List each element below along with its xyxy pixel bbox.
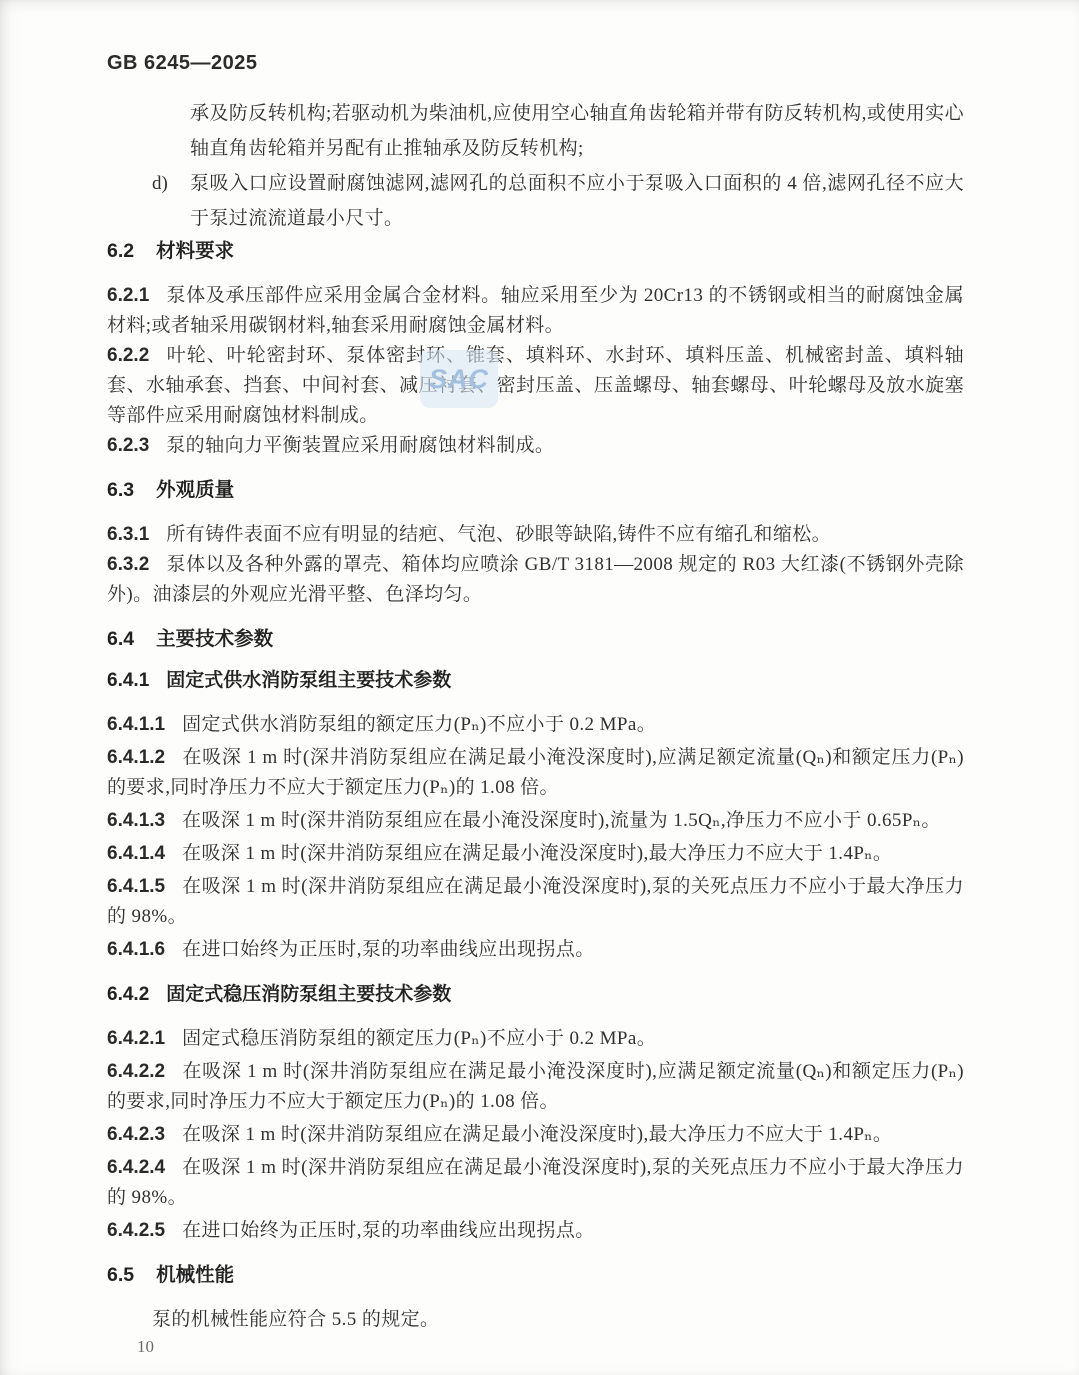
clause-6-4-1-1: 6.4.1.1固定式供水消防泵组的额定压力(Pₙ)不应小于 0.2 MPa。 [107,710,964,740]
clause-text: 在进口始终为正压时,泵的功率曲线应出现拐点。 [182,1220,595,1241]
list-item-d-text: 泵吸入口应设置耐腐蚀滤网,滤网孔的总面积不应小于泵吸入口面积的 4 倍,滤网孔径… [190,173,964,229]
clause-text: 固定式稳压消防泵组的额定压力(Pₙ)不应小于 0.2 MPa。 [182,1028,656,1049]
section-6-4-number: 6.4 [107,628,134,650]
subsection-6-4-1-number: 6.4.1 [107,670,149,691]
section-6-4: 6.4主要技术参数 6.4.1固定式供水消防泵组主要技术参数 6.4.1.1固定… [107,624,964,1246]
clause-number: 6.2.3 [107,435,149,456]
section-6-5: 6.5机械性能 泵的机械性能应符合 5.5 的规定。 [107,1260,964,1335]
clause-6-4-2-2: 6.4.2.2在吸深 1 m 时(深井消防泵组应在满足最小淹没深度时),应满足额… [107,1057,964,1117]
clause-text: 泵体及承压部件应采用金属合金材料。轴应采用至少为 20Cr13 的不锈钢或相当的… [107,285,964,336]
clause-number: 6.4.1.4 [107,843,165,864]
clause-number: 6.4.2.5 [107,1220,165,1241]
subsection-6-4-2-title: 固定式稳压消防泵组主要技术参数 [166,984,451,1005]
clause-text: 在吸深 1 m 时(深井消防泵组应在满足最小淹没深度时),泵的关死点压力不应小于… [107,876,964,927]
list-item-d: d)泵吸入口应设置耐腐蚀滤网,滤网孔的总面积不应小于泵吸入口面积的 4 倍,滤网… [190,166,964,236]
clause-6-4-1-2: 6.4.1.2在吸深 1 m 时(深井消防泵组应在满足最小淹没深度时),应满足额… [107,743,964,803]
clause-6-2-3: 6.2.3泵的轴向力平衡装置应采用耐腐蚀材料制成。 [107,431,964,461]
list-item-c-continuation: 承及防反转机构;若驱动机为柴油机,应使用空心轴直角齿轮箱并带有防反转机构,或使用… [190,96,964,166]
clause-text: 在吸深 1 m 时(深井消防泵组应在满足最小淹没深度时),应满足额定流量(Qₙ)… [107,1061,964,1112]
section-6-2-heading: 6.2材料要求 [107,236,964,267]
clause-number: 6.3.1 [107,524,149,545]
clause-text: 所有铸件表面不应有明显的结疤、气泡、砂眼等缺陷,铸件不应有缩孔和缩松。 [166,524,831,545]
clause-text: 固定式供水消防泵组的额定压力(Pₙ)不应小于 0.2 MPa。 [182,714,656,735]
page-number: 10 [137,1337,964,1357]
subsection-6-4-2-number: 6.4.2 [107,984,149,1005]
section-6-3-title: 外观质量 [156,479,234,501]
clause-6-4-2-4: 6.4.2.4在吸深 1 m 时(深井消防泵组应在满足最小淹没深度时),泵的关死… [107,1153,964,1213]
clause-number: 6.4.1.3 [107,810,165,831]
subsection-6-4-2-heading: 6.4.2固定式稳压消防泵组主要技术参数 [107,979,964,1010]
clause-6-3-2: 6.3.2泵体以及各种外露的罩壳、箱体均应喷涂 GB/T 3181—2008 规… [107,550,964,610]
section-6-3-heading: 6.3外观质量 [107,475,964,506]
clause-text: 叶轮、叶轮密封环、泵体密封环、锥套、填料环、水封环、填料压盖、机械密封盖、填料轴… [107,345,964,426]
clause-text: 在吸深 1 m 时(深井消防泵组应在满足最小淹没深度时),应满足额定流量(Qₙ)… [107,747,964,798]
section-6-2-number: 6.2 [107,240,134,262]
clause-text: 泵的轴向力平衡装置应采用耐腐蚀材料制成。 [166,435,554,456]
subsection-6-4-1-heading: 6.4.1固定式供水消防泵组主要技术参数 [107,665,964,696]
section-6-3-number: 6.3 [107,479,134,501]
document-page: GB 6245—2025 SAC 承及防反转机构;若驱动机为柴油机,应使用空心轴… [0,0,1079,1375]
clause-number: 6.4.1.1 [107,714,165,735]
clause-6-5-paragraph: 泵的机械性能应符合 5.5 的规定。 [152,1305,964,1335]
clause-6-4-1-6: 6.4.1.6在进口始终为正压时,泵的功率曲线应出现拐点。 [107,935,964,965]
clause-6-4-1-4: 6.4.1.4在吸深 1 m 时(深井消防泵组应在满足最小淹没深度时),最大净压… [107,839,964,869]
section-6-5-heading: 6.5机械性能 [107,1260,964,1291]
section-6-2-title: 材料要求 [156,240,234,262]
clause-number: 6.2.1 [107,285,149,306]
clause-text: 在吸深 1 m 时(深井消防泵组应在满足最小淹没深度时),最大净压力不应大于 1… [182,1124,892,1145]
clause-6-4-1-3: 6.4.1.3在吸深 1 m 时(深井消防泵组应在最小淹没深度时),流量为 1.… [107,806,964,836]
clause-6-4-2-1: 6.4.2.1固定式稳压消防泵组的额定压力(Pₙ)不应小于 0.2 MPa。 [107,1024,964,1054]
subsection-6-4-2: 6.4.2固定式稳压消防泵组主要技术参数 6.4.2.1固定式稳压消防泵组的额定… [107,979,964,1246]
section-6-5-title: 机械性能 [156,1264,234,1286]
clause-text: 泵体以及各种外露的罩壳、箱体均应喷涂 GB/T 3181—2008 规定的 R0… [107,554,964,605]
clause-number: 6.4.2.1 [107,1028,165,1049]
section-6-2: 6.2材料要求 6.2.1泵体及承压部件应采用金属合金材料。轴应采用至少为 20… [107,236,964,461]
clause-6-4-2-5: 6.4.2.5在进口始终为正压时,泵的功率曲线应出现拐点。 [107,1216,964,1246]
section-6-5-number: 6.5 [107,1264,134,1286]
intro-list: 承及防反转机构;若驱动机为柴油机,应使用空心轴直角齿轮箱并带有防反转机构,或使用… [107,96,964,236]
clause-number: 6.4.1.6 [107,939,165,960]
clause-6-2-1: 6.2.1泵体及承压部件应采用金属合金材料。轴应采用至少为 20Cr13 的不锈… [107,281,964,341]
clause-number: 6.4.2.3 [107,1124,165,1145]
section-6-4-heading: 6.4主要技术参数 [107,624,964,655]
list-item-d-label: d) [152,166,168,201]
section-6-3: 6.3外观质量 6.3.1所有铸件表面不应有明显的结疤、气泡、砂眼等缺陷,铸件不… [107,475,964,610]
clause-text: 在进口始终为正压时,泵的功率曲线应出现拐点。 [182,939,595,960]
clause-text: 在吸深 1 m 时(深井消防泵组应在满足最小淹没深度时),最大净压力不应大于 1… [182,843,892,864]
subsection-6-4-1-title: 固定式供水消防泵组主要技术参数 [166,670,451,691]
clause-number: 6.2.2 [107,345,149,366]
clause-6-4-2-3: 6.4.2.3在吸深 1 m 时(深井消防泵组应在满足最小淹没深度时),最大净压… [107,1120,964,1150]
clause-6-2-2: 6.2.2叶轮、叶轮密封环、泵体密封环、锥套、填料环、水封环、填料压盖、机械密封… [107,341,964,431]
clause-number: 6.4.2.2 [107,1061,165,1082]
clause-text: 在吸深 1 m 时(深井消防泵组应在满足最小淹没深度时),泵的关死点压力不应小于… [107,1157,964,1208]
clause-6-4-1-5: 6.4.1.5在吸深 1 m 时(深井消防泵组应在满足最小淹没深度时),泵的关死… [107,872,964,932]
clause-number: 6.4.2.4 [107,1157,165,1178]
clause-number: 6.4.1.2 [107,747,165,768]
subsection-6-4-1: 6.4.1固定式供水消防泵组主要技术参数 6.4.1.1固定式供水消防泵组的额定… [107,665,964,965]
clause-number: 6.4.1.5 [107,876,165,897]
clause-number: 6.3.2 [107,554,149,575]
clause-6-3-1: 6.3.1所有铸件表面不应有明显的结疤、气泡、砂眼等缺陷,铸件不应有缩孔和缩松。 [107,520,964,550]
section-6-4-title: 主要技术参数 [156,628,273,650]
standard-number: GB 6245—2025 [107,50,964,76]
clause-text: 在吸深 1 m 时(深井消防泵组应在最小淹没深度时),流量为 1.5Qₙ,净压力… [182,810,941,831]
